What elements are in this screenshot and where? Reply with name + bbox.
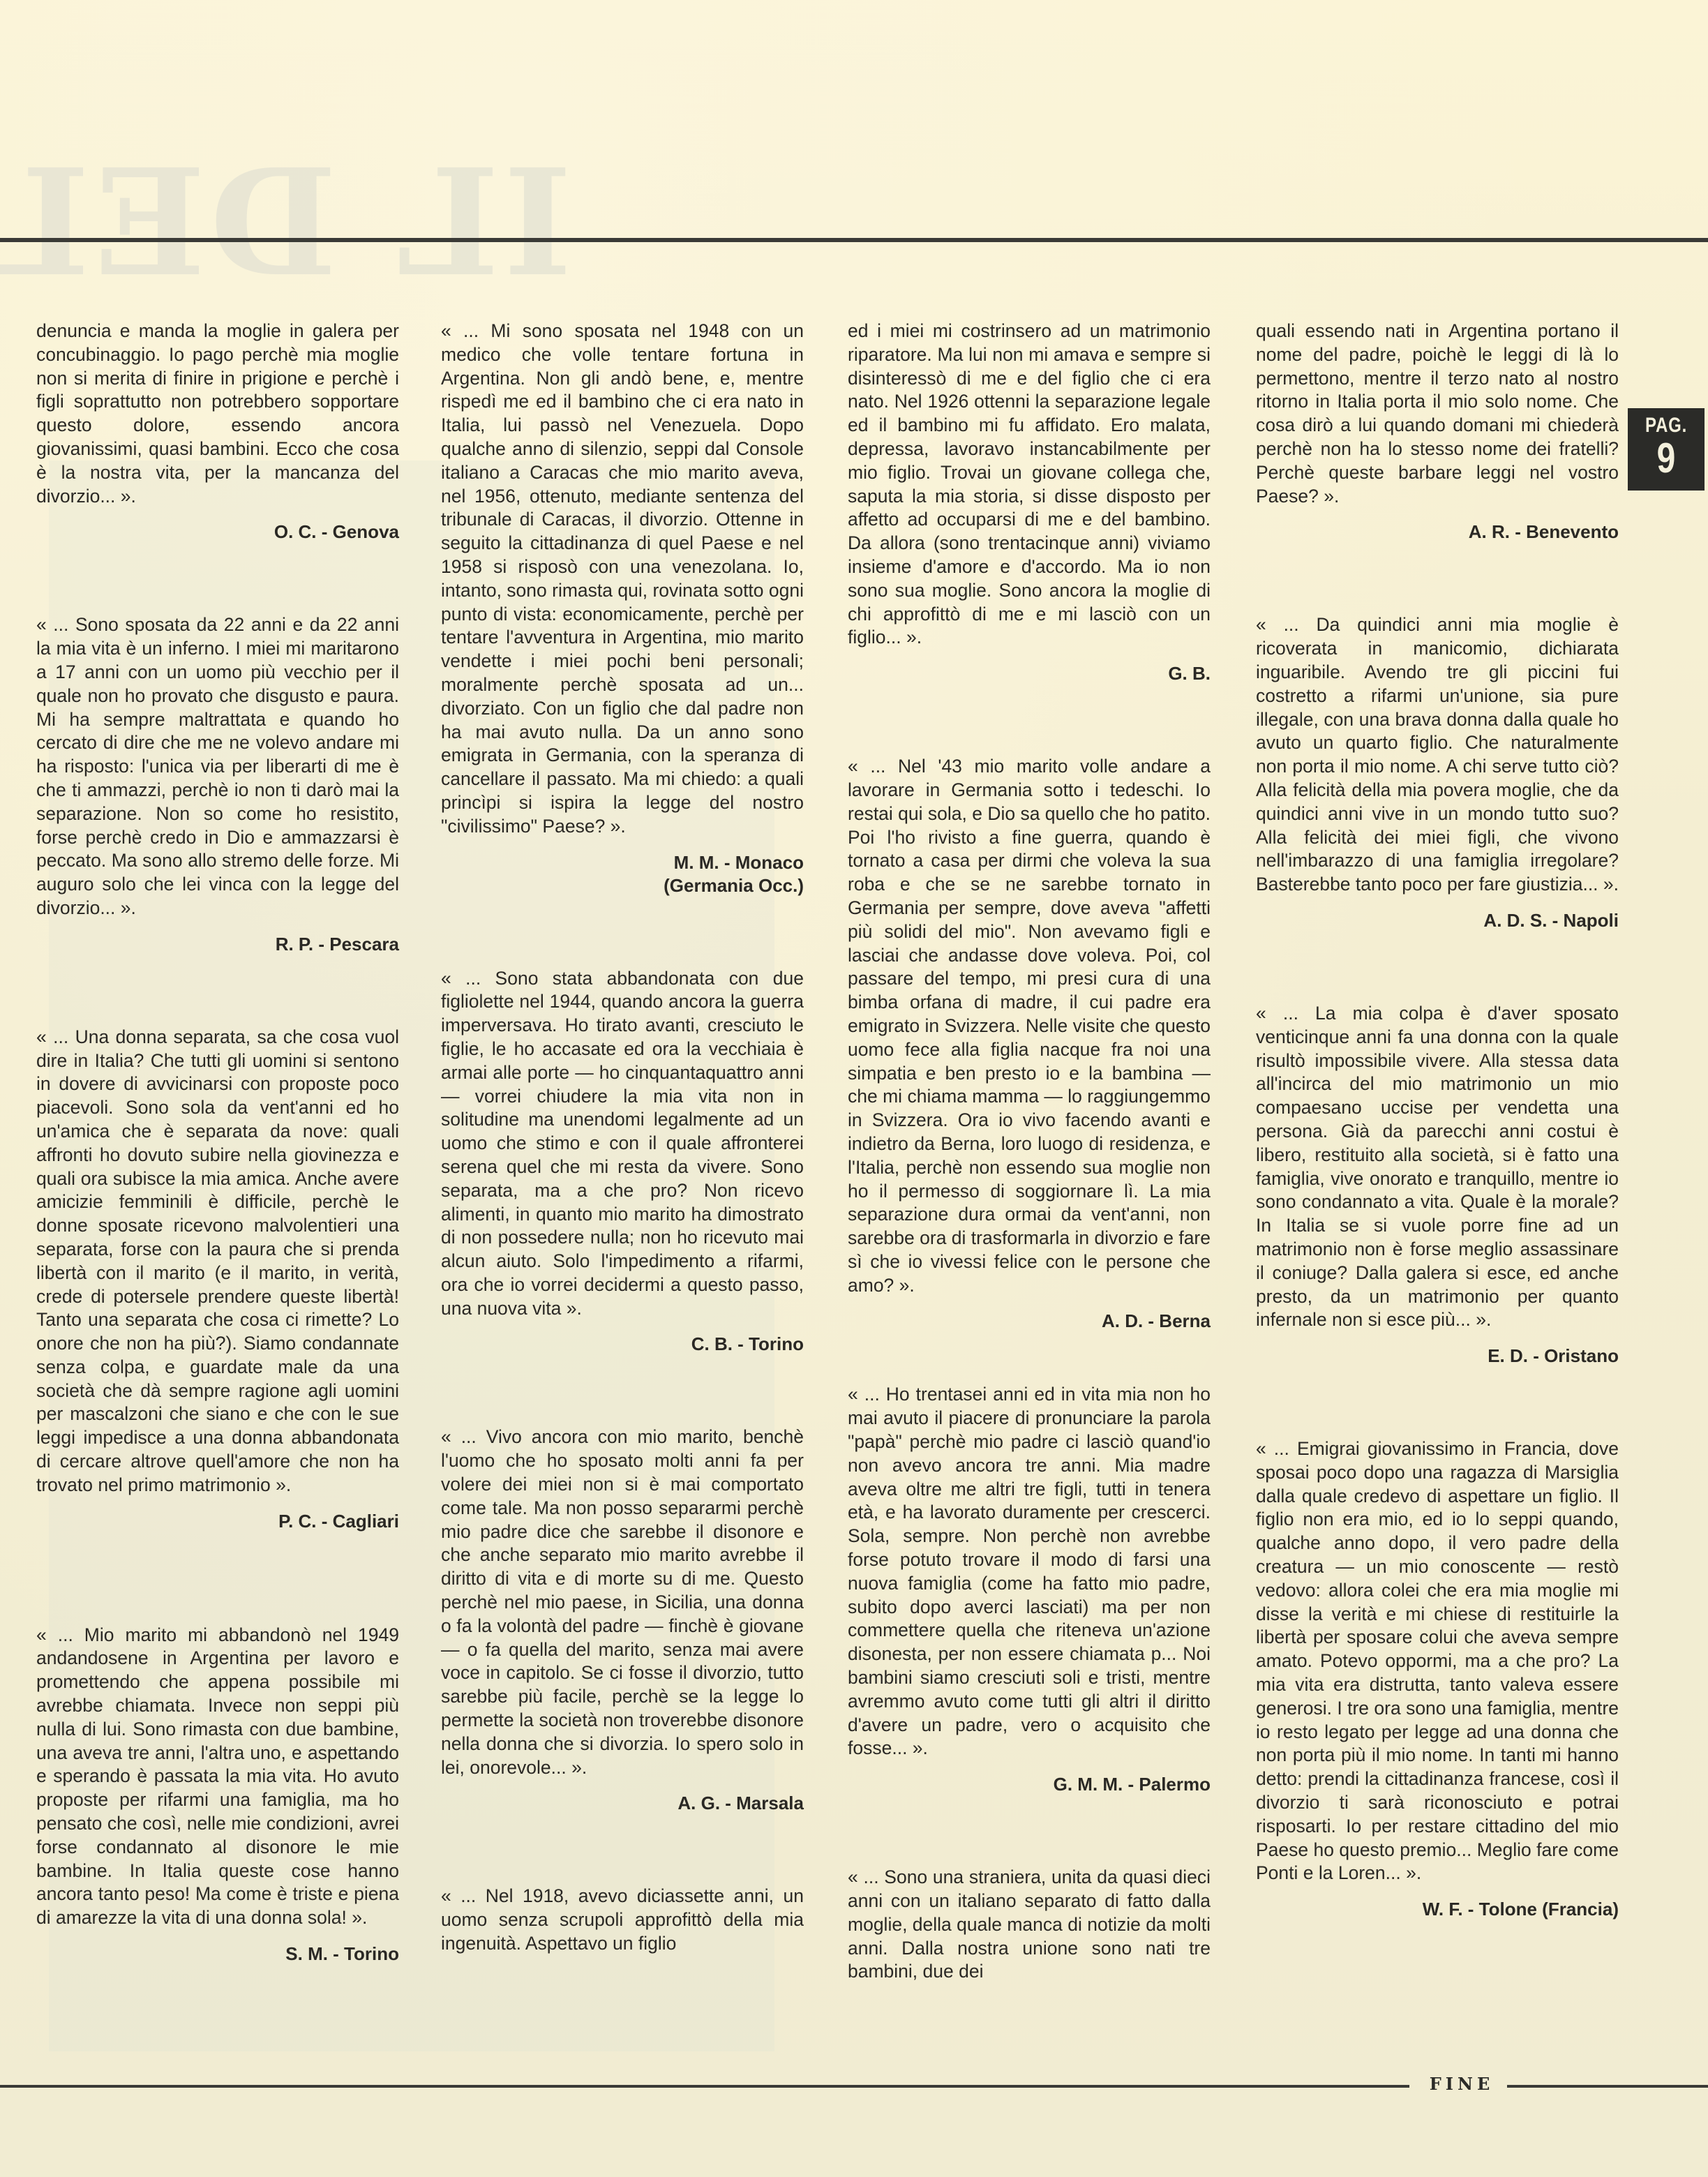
letter-body: « ... La mia colpa è d'aver sposato vent… [1256, 1002, 1619, 1332]
letter-body: « ... Vivo ancora con mio marito, benchè… [441, 1426, 804, 1779]
letter: denuncia e manda la moglie in galera per… [36, 320, 399, 544]
bottom-rule-right [1507, 2085, 1708, 2088]
letter-body: « ... Sono una straniera, unita da quasi… [848, 1866, 1211, 1984]
letter-signature: M. M. - Monaco [441, 851, 804, 874]
letter: « ... Emigrai giovanissimo in Francia, d… [1256, 1437, 1619, 1921]
letter-body: « ... Sono stata abbandonata con due fig… [441, 967, 804, 1321]
show-through-title: IL DELITTO [0, 150, 572, 297]
page-label: PAG. [1635, 408, 1697, 437]
letter: « ... Sono sposata da 22 anni e da 22 an… [36, 613, 399, 955]
page-number-badge: PAG. 9 [1628, 408, 1705, 491]
letter-body: « ... Nel '43 mio marito volle andare a … [848, 755, 1211, 1297]
text-column-2: « ... Mi sono sposata nel 1948 con un me… [441, 320, 804, 1956]
text-column-1: denuncia e manda la moglie in galera per… [36, 320, 399, 1966]
letter-signature: A. G. - Marsala [441, 1792, 804, 1815]
text-column-3: ed i miei mi costrinsero ad un matrimoni… [848, 320, 1211, 1984]
page-number: 9 [1635, 437, 1697, 479]
letter-body: ed i miei mi costrinsero ad un matrimoni… [848, 320, 1211, 650]
letter: « ... Nel '43 mio marito volle andare a … [848, 755, 1211, 1333]
letter-body: « ... Sono sposata da 22 anni e da 22 an… [36, 613, 399, 920]
letter: « ... Ho trentasei anni ed in vita mia n… [848, 1383, 1211, 1796]
letter-body: quali essendo nati in Argentina portano … [1256, 320, 1619, 508]
text-column-4: quali essendo nati in Argentina portano … [1256, 320, 1619, 1921]
letter-body: « ... Ho trentasei anni ed in vita mia n… [848, 1383, 1211, 1760]
letter-body: « ... Mio marito mi abbandonò nel 1949 a… [36, 1624, 399, 1930]
letter-signature: O. C. - Genova [36, 521, 399, 544]
bottom-rule-left [0, 2085, 1409, 2088]
letter: « ... La mia colpa è d'aver sposato vent… [1256, 1002, 1619, 1368]
letter: « ... Vivo ancora con mio marito, benchè… [441, 1426, 804, 1815]
letter-signature: S. M. - Torino [36, 1943, 399, 1966]
letter-signature: A. D. - Berna [848, 1310, 1211, 1333]
letter-signature: G. B. [848, 662, 1211, 685]
letter-signature: P. C. - Cagliari [36, 1510, 399, 1533]
letter-signature: C. B. - Torino [441, 1333, 804, 1356]
letter-signature-line-2: (Germania Occ.) [441, 874, 804, 897]
letter: ed i miei mi costrinsero ad un matrimoni… [848, 320, 1211, 685]
letter-signature: E. D. - Oristano [1256, 1345, 1619, 1368]
letter-body: denuncia e manda la moglie in galera per… [36, 320, 399, 508]
letter-body: « ... Emigrai giovanissimo in Francia, d… [1256, 1437, 1619, 1885]
letter-body: « ... Una donna separata, sa che cosa vu… [36, 1026, 399, 1497]
letter: « ... Nel 1918, avevo diciassette anni, … [441, 1885, 804, 1955]
letter: « ... Mi sono sposata nel 1948 con un me… [441, 320, 804, 897]
letter-body: « ... Nel 1918, avevo diciassette anni, … [441, 1885, 804, 1955]
letter: « ... Da quindici anni mia moglie è rico… [1256, 613, 1619, 932]
letter: quali essendo nati in Argentina portano … [1256, 320, 1619, 544]
letter-body: « ... Mi sono sposata nel 1948 con un me… [441, 320, 804, 839]
letter: « ... Sono una straniera, unita da quasi… [848, 1866, 1211, 1984]
top-divider-rule [0, 238, 1708, 242]
letter-body: « ... Da quindici anni mia moglie è rico… [1256, 613, 1619, 897]
letter: « ... Sono stata abbandonata con due fig… [441, 967, 804, 1356]
letter: « ... Una donna separata, sa che cosa vu… [36, 1026, 399, 1533]
end-mark: FINE [1423, 2074, 1500, 2094]
magazine-page: IL DELITTO PAG. 9 denuncia e manda la mo… [0, 0, 1708, 2177]
letter-signature: A. R. - Benevento [1256, 521, 1619, 544]
letter: « ... Mio marito mi abbandonò nel 1949 a… [36, 1624, 399, 1966]
letter-signature: W. F. - Tolone (Francia) [1256, 1898, 1619, 1921]
letter-signature: R. P. - Pescara [36, 933, 399, 956]
letter-signature: G. M. M. - Palermo [848, 1773, 1211, 1796]
letter-signature: A. D. S. - Napoli [1256, 909, 1619, 932]
